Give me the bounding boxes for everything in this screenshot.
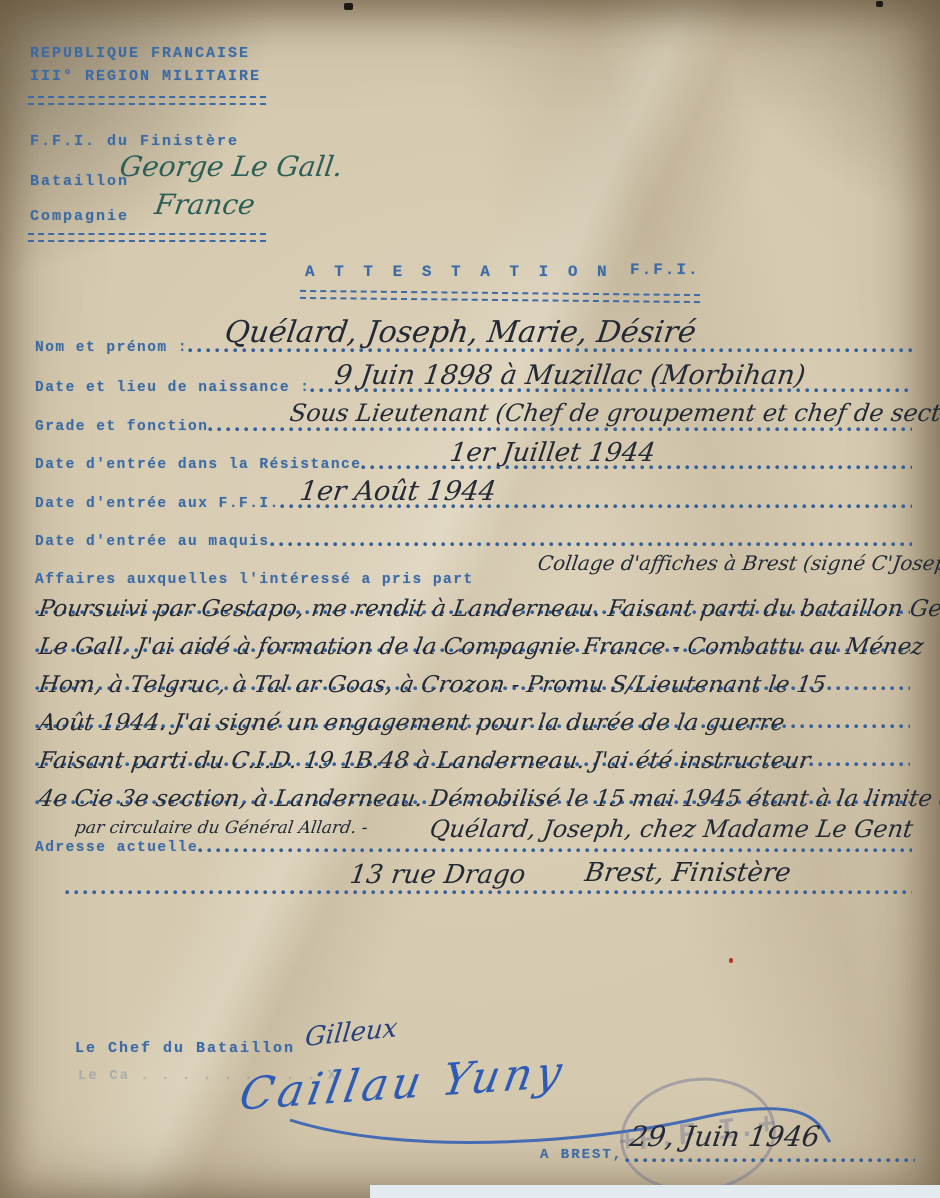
header-region-militaire: III° REGION MILITAIRE (30, 68, 261, 85)
scanner-edge (370, 1185, 940, 1198)
adresse-handwritten-value: Quélard, Joseph, chez Madame Le Gent (428, 815, 915, 843)
paper-speck (876, 1, 883, 7)
field-maquis: Date d'entrée au maquis (35, 534, 912, 550)
adresse-label: Adresse actuelle (35, 840, 198, 856)
grade-handwritten-value: Sous Lieutenant (Chef de groupement et c… (288, 399, 940, 427)
narrative-handwriting: Août 1944. J'ai signé un engagement pour… (37, 710, 786, 736)
date-dots (625, 1158, 915, 1163)
ffi-label: Date d'entrée aux F.F.I. (35, 496, 280, 512)
document-title-suffix: F.F.I. (630, 261, 700, 279)
narrative-handwriting: Faisant parti du C.I.D. 19 1B.48 à Lande… (37, 748, 812, 774)
date-handwriting: 29, Juin 1946 (628, 1120, 822, 1153)
affaires-handwritten-value: Collage d'affiches à Brest (signé C'Jose… (536, 551, 940, 575)
narrative-handwriting: Le Gall. J'ai aidé à formation de la Com… (37, 634, 925, 660)
narrative-line: Août 1944. J'ai signé un engagement pour… (35, 698, 910, 734)
adresse-dotted-line (198, 848, 912, 853)
naissance-handwritten-value: 9 Juin 1898 à Muzillac (Morbihan) (333, 360, 808, 391)
narrative-handwriting: 4e Cie 3e section, à Landerneau. Démobil… (37, 786, 940, 812)
chef-annotation-handwriting: Gilleux (304, 1013, 399, 1053)
compagnie-label: Compagnie (30, 208, 129, 225)
grade-dotted-line (208, 427, 912, 432)
narrative-line: 4e Cie 3e section, à Landerneau. Démobil… (35, 774, 910, 810)
chef-bataillon-label: Le Chef du Bataillon (75, 1040, 295, 1057)
adresse-line2 (65, 890, 912, 898)
adresse-street-handwriting: 13 rue Drago (348, 860, 527, 890)
narrative-line: Poursuivi par Gestapo, me rendit à Lande… (35, 584, 910, 620)
nom-label: Nom et prénom : (35, 340, 188, 356)
maquis-dotted-line (270, 542, 912, 547)
place-label: A BREST, (540, 1147, 623, 1163)
naissance-label: Date et lieu de naissance : (35, 380, 310, 396)
ffi-handwritten-value: 1er Août 1944 (298, 476, 498, 507)
header-unit: F.F.I. du Finistère (30, 133, 239, 150)
maquis-label: Date d'entrée au maquis (35, 534, 270, 550)
compagnie-handwritten-value: France (153, 188, 257, 221)
resistance-label: Date d'entrée dans la Résistance (35, 457, 361, 473)
nom-handwritten-value: Quélard, Joseph, Marie, Désiré (223, 315, 699, 350)
paper-speck-red (729, 958, 733, 963)
header-divider (28, 96, 266, 105)
narrative-line: Faisant parti du C.I.D. 19 1B.48 à Lande… (35, 736, 910, 772)
adresse-city-handwriting: Brest, Finistère (583, 858, 793, 888)
document-title: A T T E S T A T I O N (305, 263, 612, 281)
adresse-dotted-line2 (65, 890, 912, 895)
narrative-line: Hom, à Telgruc, à Tal ar Goas, à Crozon … (35, 660, 910, 696)
header-republique: REPUBLIQUE FRANCAISE (30, 45, 250, 62)
narrative-handwriting: Poursuivi par Gestapo, me rendit à Lande… (37, 596, 940, 622)
resistance-handwritten-value: 1er Juillet 1944 (448, 438, 657, 468)
bataillon-handwritten-value: George Le Gall. (118, 150, 345, 183)
bataillon-label: Bataillon (30, 173, 129, 190)
paper-speck (344, 3, 353, 10)
narrative-line: Le Gall. J'ai aidé à formation de la Com… (35, 622, 910, 658)
grade-label: Grade et fonction (35, 419, 208, 435)
attestation-document: REPUBLIQUE FRANCAISE III° REGION MILITAI… (0, 0, 940, 1198)
narrative-handwriting: Hom, à Telgruc, à Tal ar Goas, à Crozon … (37, 672, 828, 698)
narrative-note-handwriting: par circulaire du Général Allard. - (74, 818, 369, 838)
header-divider-bottom (28, 233, 266, 242)
date-dotted-line (625, 1158, 915, 1166)
title-underline (300, 290, 700, 303)
